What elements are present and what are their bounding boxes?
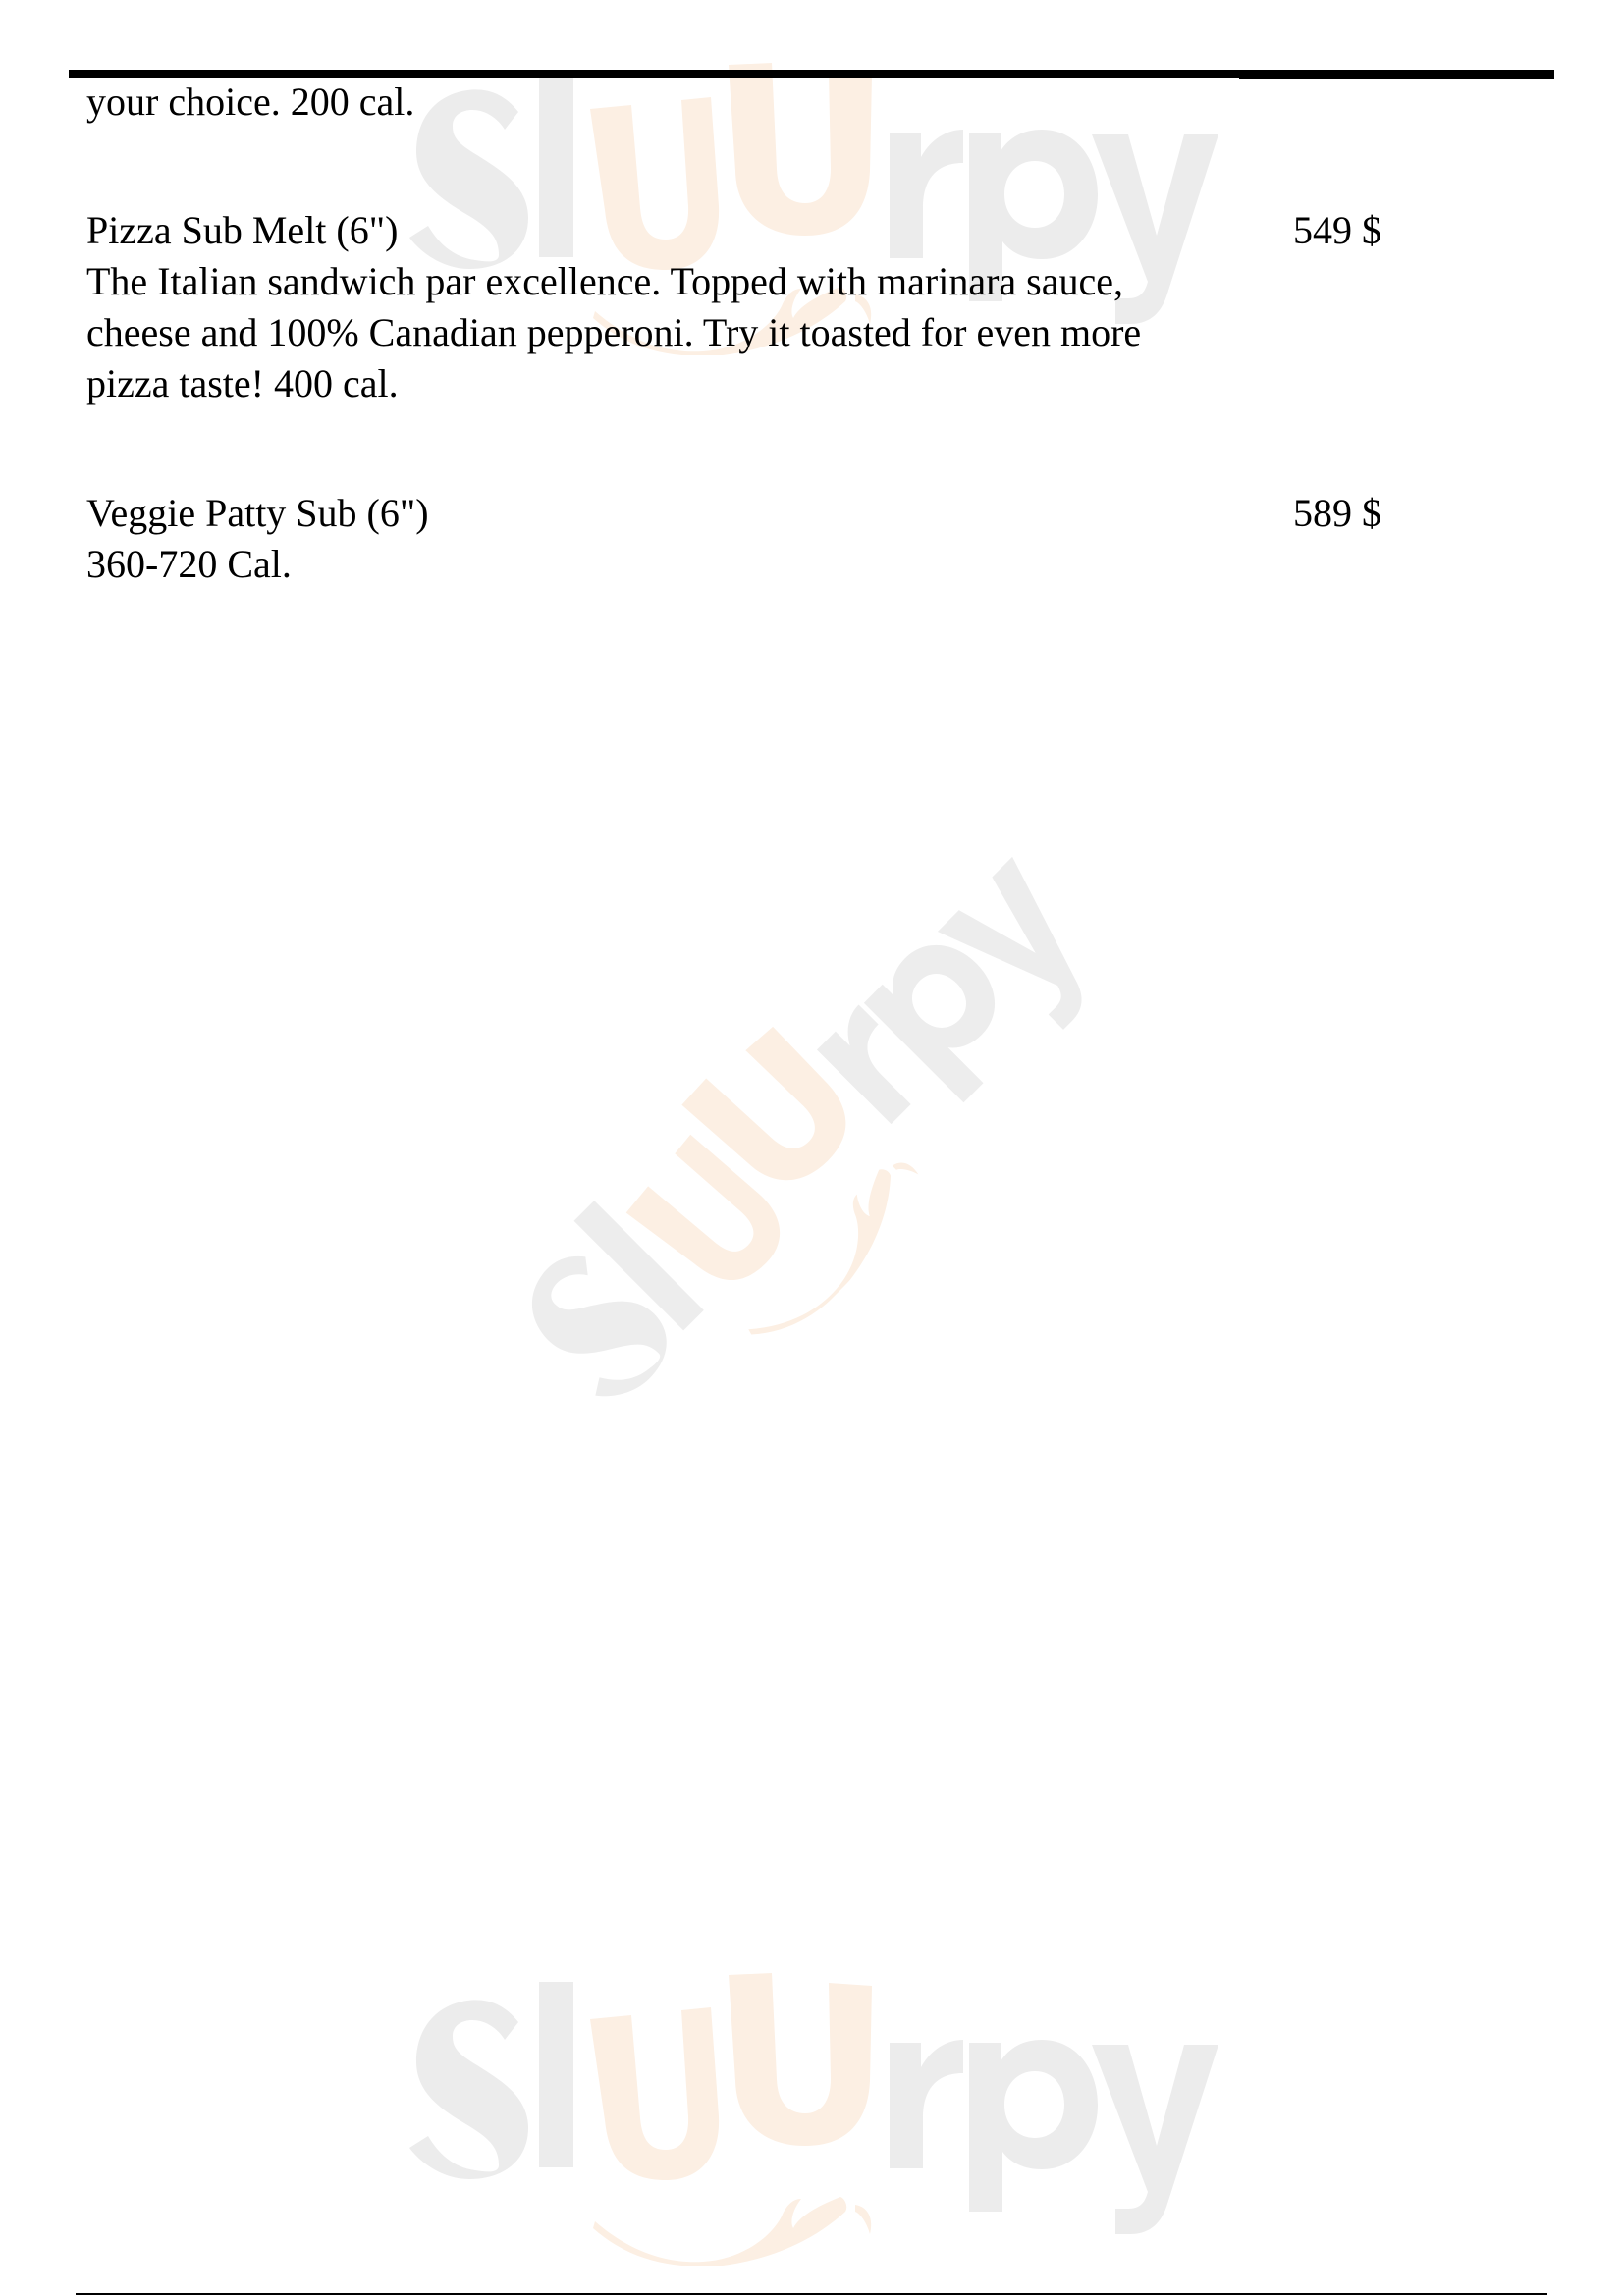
menu-item-description: The Italian sandwich par excellence. Top… xyxy=(86,256,1559,409)
sluurpy-watermark-bottom xyxy=(408,1971,1219,2266)
menu-item: Veggie Patty Sub (6") 360-720 Cal. 589 $ xyxy=(86,488,1559,590)
top-divider-tail xyxy=(1239,78,1554,79)
menu-item-description: 360-720 Cal. xyxy=(86,539,1559,590)
menu-item: Pizza Sub Melt (6") The Italian sandwich… xyxy=(86,205,1559,409)
menu-item-price: 589 $ xyxy=(1293,488,1381,539)
menu-item-price: 549 $ xyxy=(1293,205,1381,256)
sluurpy-logo-icon xyxy=(408,1971,1219,2266)
continued-description: your choice. 200 cal. xyxy=(86,77,414,128)
sluurpy-watermark-center xyxy=(490,813,1143,1466)
sluurpy-logo-icon xyxy=(490,813,1143,1466)
bottom-divider xyxy=(76,2293,1547,2295)
